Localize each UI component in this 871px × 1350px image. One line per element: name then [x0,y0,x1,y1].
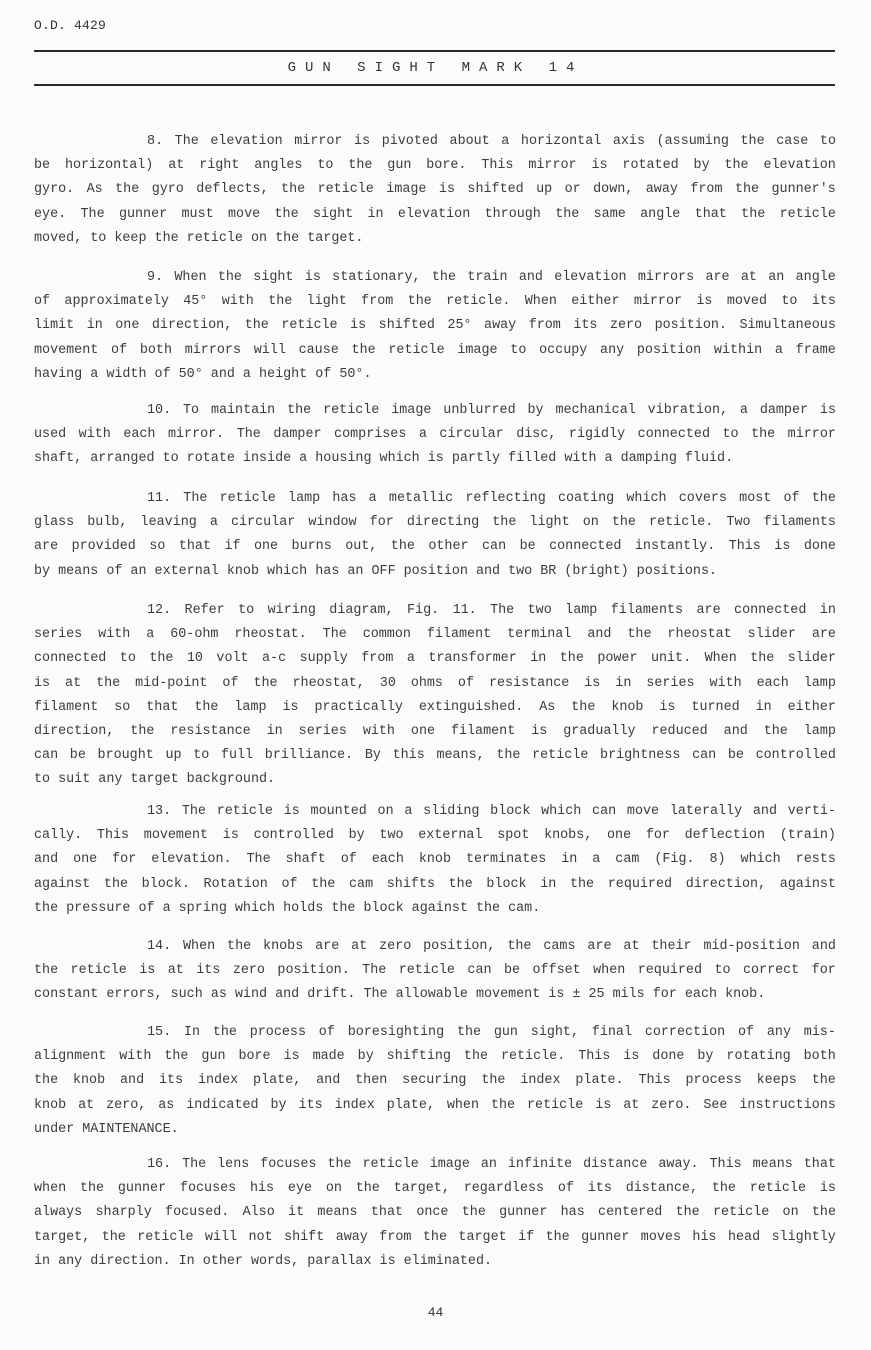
text-line: isatthemid-pointoftherheostat,30ohmsofre… [34,672,836,696]
text-line: cally.Thismovementiscontrolledbytwoexter… [34,824,836,848]
text-line: whenthegunnerfocuseshiseyeonthetarget,re… [34,1177,836,1201]
text-line: serieswitha60-ohmrheostat.Thecommonfilam… [34,623,836,647]
paragraph-10: 10.Tomaintainthereticleimageunblurredbym… [34,399,836,472]
paragraph-9: 9.Whenthesightisstationary,thetrainandel… [34,266,836,387]
text-line: connectedtothe10volta-csupplyfromatransf… [34,647,836,671]
text-line: in any direction. In other words, parall… [34,1250,836,1274]
text-line: shaft, arranged to rotate inside a housi… [34,447,836,471]
text-line: glassbulb,leavingacircularwindowfordirec… [34,511,836,535]
paragraph-16: 16.Thelensfocusesthereticleimageaninfini… [34,1153,836,1274]
text-line: under MAINTENANCE. [34,1118,836,1142]
document-number: O.D. 4429 [34,18,106,33]
text-line: by means of an external knob which has a… [34,560,836,584]
text-line: filamentsothatthelampispracticallyexting… [34,696,836,720]
text-line: eye.Thegunnermustmovethesightinelevation… [34,203,836,227]
paragraph-13: 13.Thereticleismountedonaslidingblockwhi… [34,800,836,921]
text-line: andoneforelevation.Theshaftofeachknobter… [34,848,836,872]
text-line: 16.Thelensfocusesthereticleimageaninfini… [34,1153,836,1177]
text-line: gyro.Asthegyrodeflects,thereticleimageis… [34,178,836,202]
text-line: movementofbothmirrorswillcausethereticle… [34,339,836,363]
text-line: moved, to keep the reticle on the target… [34,227,836,251]
text-line: againsttheblock.Rotationofthecamshiftsth… [34,873,836,897]
text-line: to suit any target background. [34,768,836,792]
text-line: usedwitheachmirror.Thedampercomprisesaci… [34,423,836,447]
paragraph-14: 14.Whentheknobsareatzeroposition,thecams… [34,935,836,1008]
header-rule-top [34,50,835,52]
text-line: 13.Thereticleismountedonaslidingblockwhi… [34,800,836,824]
text-line: 11.Thereticlelamphasametallicreflectingc… [34,487,836,511]
text-line: canbebroughtuptofullbrilliance.Bythismea… [34,744,836,768]
text-line: 15.Intheprocessofboresightingthegunsight… [34,1021,836,1045]
text-line: behorizontal)atrightanglestothegunbore.T… [34,154,836,178]
text-line: 14.Whentheknobsareatzeroposition,thecams… [34,935,836,959]
text-line: having a width of 50° and a height of 50… [34,363,836,387]
text-line: alignmentwiththegunboreismadebyshiftingt… [34,1045,836,1069]
page-number: 44 [0,1305,871,1320]
paragraph-11: 11.Thereticlelamphasametallicreflectingc… [34,487,836,584]
text-line: ofapproximately45°withthelightfromtheret… [34,290,836,314]
paragraph-15: 15.Intheprocessofboresightingthegunsight… [34,1021,836,1142]
text-line: alwayssharplyfocused.Alsoitmeansthatonce… [34,1201,836,1225]
text-line: limitinonedirection,thereticleisshifted2… [34,314,836,338]
page-title: GUN SIGHT MARK 14 [0,60,871,76]
text-line: areprovidedsothatifoneburnsout,theotherc… [34,535,836,559]
paragraph-12: 12.Refertowiringdiagram,Fig.11.Thetwolam… [34,599,836,793]
text-line: target,thereticlewillnotshiftawayfromthe… [34,1226,836,1250]
text-line: knobatzero,asindicatedbyitsindexplate,wh… [34,1094,836,1118]
paragraph-8: 8.Theelevationmirrorispivotedaboutahoriz… [34,130,836,251]
text-line: 10.Tomaintainthereticleimageunblurredbym… [34,399,836,423]
text-line: 12.Refertowiringdiagram,Fig.11.Thetwolam… [34,599,836,623]
text-line: thereticleisatitszeroposition.Thereticle… [34,959,836,983]
text-line: theknobanditsindexplate,andthensecuringt… [34,1069,836,1093]
header-rule-bottom [34,84,835,86]
text-line: constant errors, such as wind and drift.… [34,983,836,1007]
text-line: 8.Theelevationmirrorispivotedaboutahoriz… [34,130,836,154]
text-line: direction,theresistanceinserieswithonefi… [34,720,836,744]
text-line: the pressure of a spring which holds the… [34,897,836,921]
text-line: 9.Whenthesightisstationary,thetrainandel… [34,266,836,290]
